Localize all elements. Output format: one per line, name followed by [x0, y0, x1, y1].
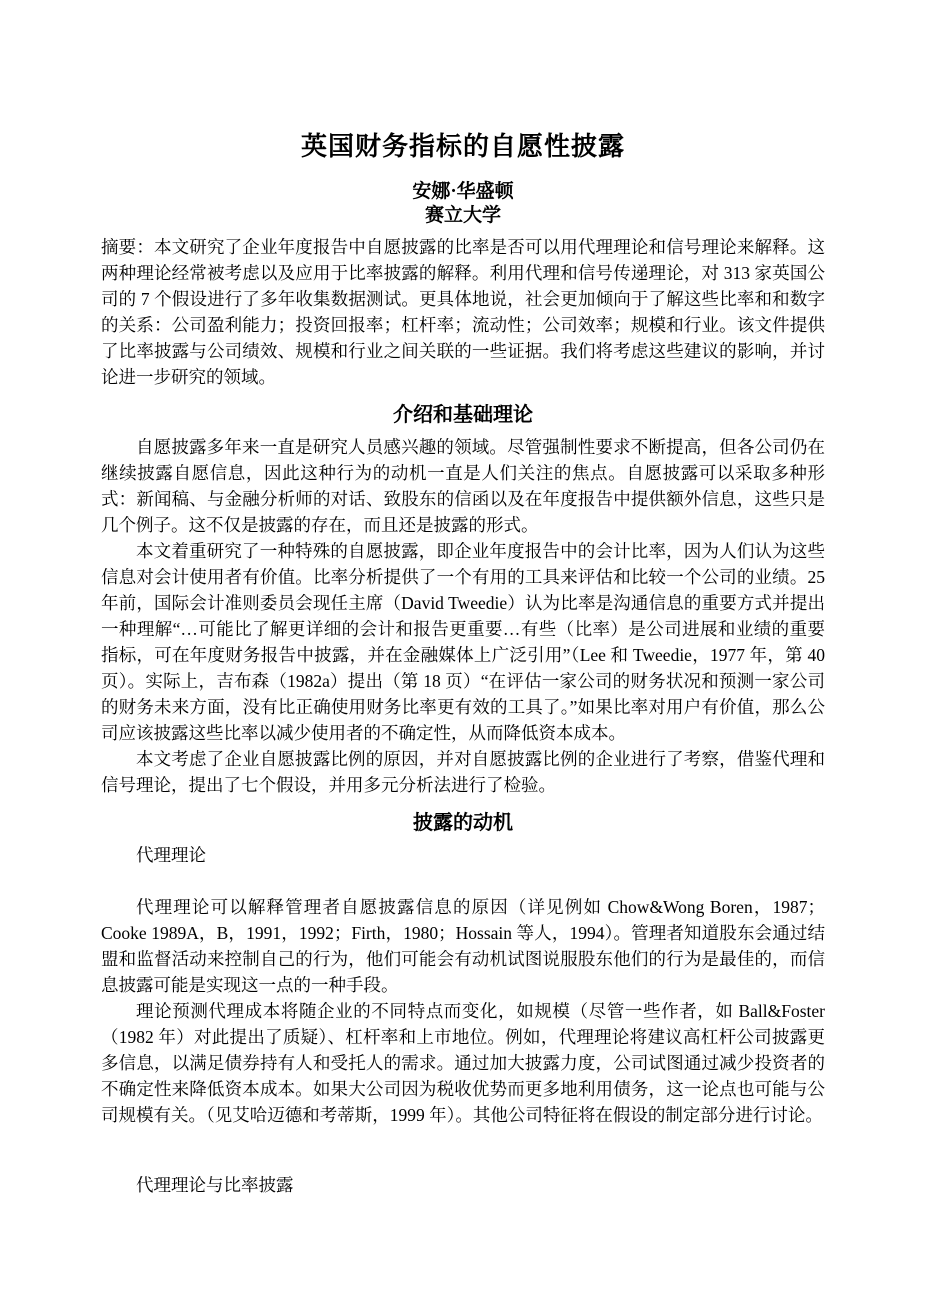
intro-paragraph-3: 本文考虑了企业自愿披露比例的原因，并对自愿披露比例的企业进行了考察，借鉴代理和信…: [101, 746, 825, 798]
abstract-paragraph: 摘要：本文研究了企业年度报告中自愿披露的比率是否可以用代理理论和信号理论来解释。…: [101, 234, 825, 390]
section-heading-intro: 介绍和基础理论: [101, 401, 825, 429]
intro-paragraph-2: 本文着重研究了一种特殊的自愿披露，即企业年度报告中的会计比率，因为人们认为这些信…: [101, 538, 825, 746]
subsection-agency-theory: 代理理论: [101, 842, 825, 868]
affiliation: 赛立大学: [101, 204, 825, 228]
motivation-paragraph-2: 理论预测代理成本将随企业的不同特点而变化，如规模（尽管一些作者，如 Ball&F…: [101, 998, 825, 1128]
doc-title: 英国财务指标的自愿性披露: [101, 130, 825, 164]
author-name: 安娜·华盛顿: [101, 180, 825, 204]
motivation-paragraph-1: 代理理论可以解释管理者自愿披露信息的原因（详见例如 Chow&Wong Bore…: [101, 894, 825, 998]
document-page: 英国财务指标的自愿性披露 安娜·华盛顿 赛立大学 摘要：本文研究了企业年度报告中…: [0, 0, 926, 1310]
section-heading-motivation: 披露的动机: [101, 809, 825, 837]
subsection-agency-ratio-disclosure: 代理理论与比率披露: [101, 1172, 825, 1198]
intro-paragraph-1: 自愿披露多年来一直是研究人员感兴趣的领域。尽管强制性要求不断提高，但各公司仍在继…: [101, 434, 825, 538]
